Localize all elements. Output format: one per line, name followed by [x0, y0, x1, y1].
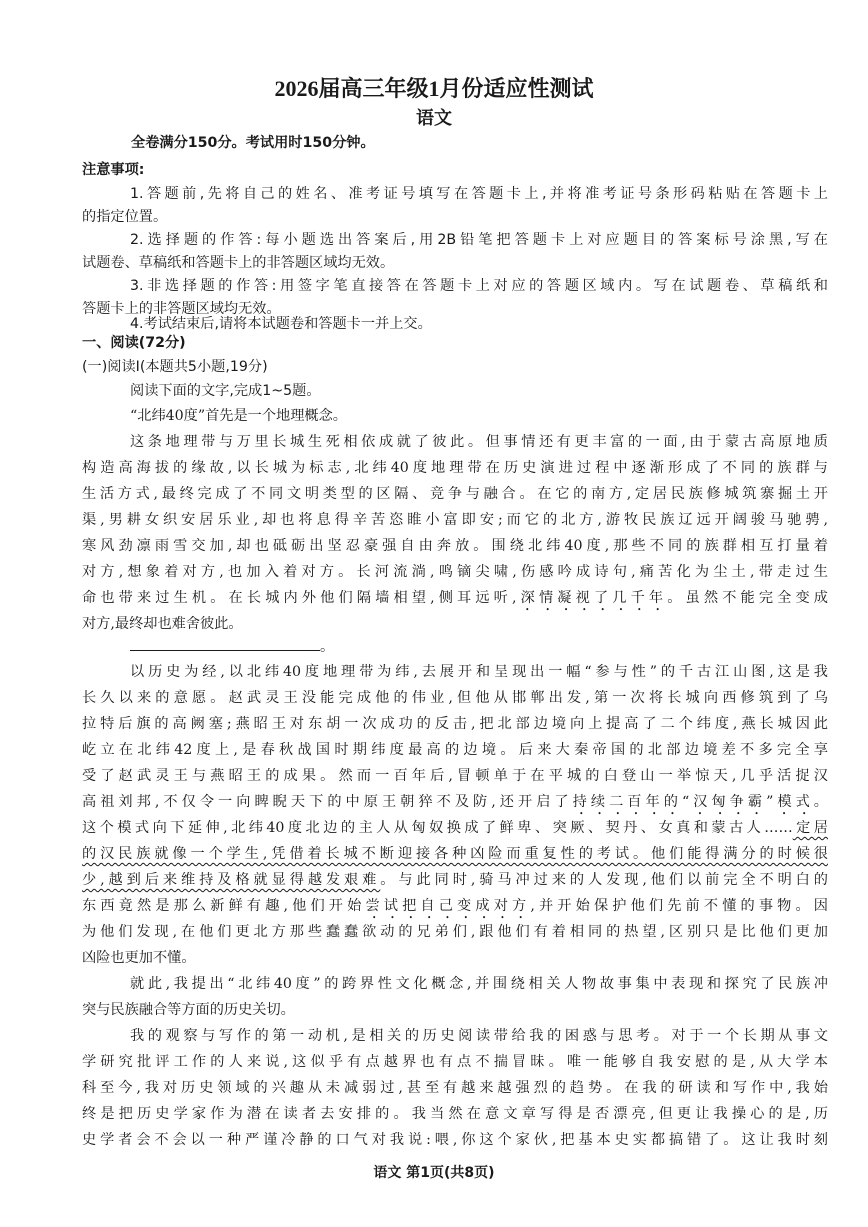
passage-line: 的汉民族就像一个学生,凭借着长城不断迎接各种凶险而重复性的考试。他们能得满分的时… [82, 844, 828, 864]
emphasized-text: 尝试把自己变成对方 [365, 898, 530, 914]
notice-line: 1.答题前,先将自己的姓名、准考证号填写在答题卡上,并将准考证号条形码粘贴在答题… [130, 184, 828, 204]
blank-suffix: 。 [320, 639, 334, 655]
passage-line: 突与民族融合等方面的历史关切。 [82, 1000, 828, 1020]
passage-line: 少,越到后来维持及格就显得越发艰难。与此同时,骑马冲过来的人发现,他们以前完全不… [82, 870, 828, 890]
text-span: ,并开始保护他们先前不懂的事物。因 [530, 898, 828, 914]
text-span: 这个模式向下延伸,北纬40度北边的主人从匈奴换成了鲜卑、突厥、契丹、女真和蒙古人… [82, 820, 793, 836]
instruction: 阅读下面的文字,完成1~5题。 [130, 381, 828, 401]
exam-info: 全卷满分150分。考试用时150分钟。 [131, 133, 868, 153]
passage-line: 屹立在北纬42度上,是春秋战国时期纬度最高的边境。后来大秦帝国的北部边境差不多完… [82, 740, 828, 760]
emphasized-text: 持续二百年的“汉匈争霸”模式 [573, 794, 814, 810]
passage-line: 长久以来的意愿。赵武灵王没能完成他的伟业,但他从邯郸出发,第一次将长城向西修筑到… [82, 688, 828, 708]
notice-line: 的指定位置。 [82, 207, 828, 227]
exam-title: 2026届高三年级1月份适应性测试 [0, 72, 868, 103]
passage-intro: “北纬40度”首先是一个地理概念。 [130, 406, 828, 426]
passage-line: 对方,想象着对方,也加入着对方。长河流淌,鸣镝尖啸,伤感吟成诗句,痛苦化为尘土,… [82, 562, 828, 582]
passage-line: 科至今,我对历史领域的兴趣从未减弱过,甚至有越来越强烈的趋势。在我的研读和写作中… [82, 1078, 828, 1098]
passage-line: 史学者会不会以一种严谨冷静的口气对我说:喂,你这个家伙,把基本史实都搞错了。这让… [82, 1130, 828, 1150]
passage-line: 为他们发现,在他们更北方那些蠢蠢欲动的兄弟们,跟他们有着相同的热望,区别只是比他… [82, 922, 828, 942]
subsection-heading: (一)阅读Ⅰ(本题共5小题,19分) [82, 357, 828, 377]
passage-line: 就此,我提出“北纬40度”的跨界性文化概念,并围绕相关人物故事集中表现和探究了民… [130, 974, 828, 994]
section-heading: 一、阅读(72分) [82, 333, 828, 353]
text-span: 东西竟然是那么新鲜有趣,他们开始 [82, 898, 365, 914]
notice-line: 4.考试结束后,请将本试题卷和答题卡一并上交。 [130, 314, 828, 334]
passage-line: 学研究批评工作的人来说,这似乎有点越界也有点不揣冒昧。唯一能够自我安慰的是,从大… [82, 1052, 828, 1072]
text-span: 。与此同时,骑马冲过来的人发现,他们以前完全不明白的 [380, 872, 828, 888]
passage-line: 我的观察与写作的第一动机,是相关的历史阅读带给我的困惑与思考。对于一个长期从事文 [130, 1026, 828, 1046]
passage-line: 拉特后旗的高阙塞;燕昭王对东胡一次成功的反击,把北部边境向上提高了二个纬度,燕长… [82, 714, 828, 734]
subject-title: 语文 [0, 104, 868, 130]
passage-line: 对方,最终却也难舍彼此。 [82, 614, 828, 634]
passage-line: 这个模式向下延伸,北纬40度北边的主人从匈奴换成了鲜卑、突厥、契丹、女真和蒙古人… [82, 818, 828, 838]
text-span: 。虽然不能完全变成 [667, 590, 828, 606]
notice-line: 试题卷、草稿纸和答题卡上的非答题区域均无效。 [82, 253, 828, 273]
passage-line: 构造高海拔的缘故,以长城为标志,北纬40度地理带在历史演进过程中逐渐形成了不同的… [82, 458, 828, 478]
text-span: 命也带来过生机。在长城内外他们隔墙相望,侧耳远听, [82, 590, 517, 606]
emphasized-text: 深情凝视了几千年 [517, 590, 668, 606]
passage-line: 受了赵武灵王与燕昭王的成果。然而一百年后,冒顿单于在平城的白登山一举惊天,几乎活… [82, 766, 828, 786]
notice-line: 3.非选择题的作答:用签字笔直接答在答题卡上对应的答题区域内。写在试题卷、草稿纸… [130, 276, 828, 296]
passage-line: 高祖刘邦,不仅令一向睥睨天下的中原王朝猝不及防,还开启了持续二百年的“汉匈争霸”… [82, 792, 828, 818]
answer-blank [130, 636, 320, 651]
notice-heading: 注意事项: [82, 160, 828, 180]
wavy-underlined-text: 少,越到后来维持及格就显得越发艰难 [82, 872, 380, 888]
passage-line: 寒风劲凛雨雪交加,却也砥砺出坚忍豪强自由奔放。围绕北纬40度,那些不同的族群相互… [82, 536, 828, 556]
notice-line: 2.选择题的作答:每小题选出答案后,用2B铅笔把答题卡上对应题目的答案标号涂黑,… [130, 230, 828, 250]
passage-line: 东西竟然是那么新鲜有趣,他们开始尝试把自己变成对方,并开始保护他们先前不懂的事物… [82, 896, 828, 922]
wavy-underlined-text: 的汉民族就像一个学生,凭借着长城不断迎接各种凶险而重复性的考试。他们能得满分的时… [82, 846, 828, 862]
passage-line: 以历史为经,以北纬40度地理带为纬,去展开和呈现出一幅“参与性”的千古江山图,这… [130, 662, 828, 682]
fill-blank-line: 。 [130, 636, 828, 657]
passage-line: 这条地理带与万里长城生死相依成就了彼此。但事情还有更丰富的一面,由于蒙古高原地质 [130, 432, 828, 452]
wavy-underlined-text: 定居 [793, 820, 828, 836]
passage-line: 凶险也更加不懂。 [82, 948, 828, 968]
passage-line: 终是把历史学家作为潜在读者去安排的。我当然在意文章写得是否漂亮,但更让我操心的是… [82, 1104, 828, 1124]
passage-line: 渠,男耕女织安居乐业,却也将息得辛苦恣睢小富即安;而它的北方,游牧民族辽远开阔骏… [82, 510, 828, 530]
text-span: 高祖刘邦,不仅令一向睥睨天下的中原王朝猝不及防,还开启了 [82, 794, 573, 810]
passage-line: 生活方式,最终完成了不同文明类型的区隔、竞争与融合。在它的南方,定居民族修城筑寨… [82, 484, 828, 504]
exam-page: 2026届高三年级1月份适应性测试 语文 全卷满分150分。考试用时150分钟。… [0, 0, 868, 1227]
page-footer: 语文 第1页(共8页) [0, 1162, 868, 1182]
passage-line: 命也带来过生机。在长城内外他们隔墙相望,侧耳远听,深情凝视了几千年。虽然不能完全… [82, 588, 828, 614]
text-span: 。 [814, 794, 828, 810]
